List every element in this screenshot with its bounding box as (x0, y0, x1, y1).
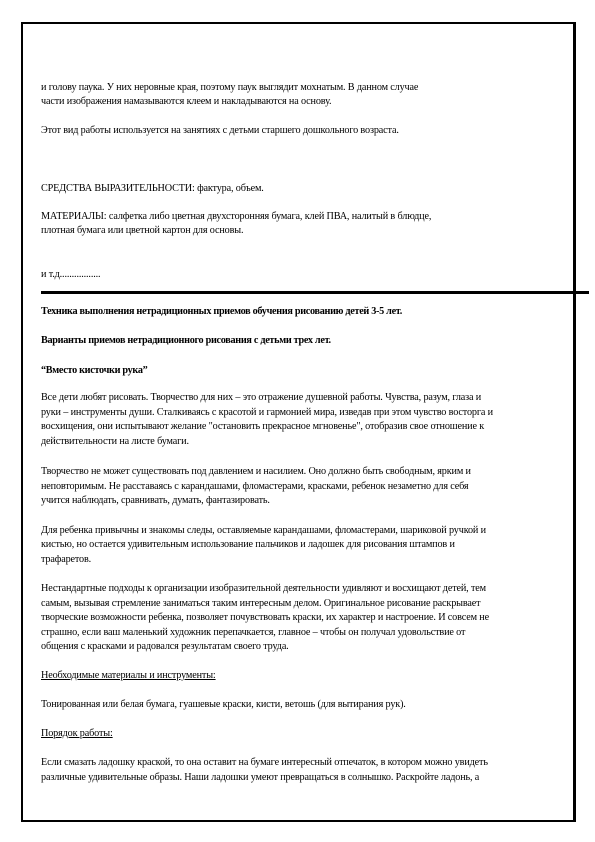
text-line: кистью, но остается удивительным использ… (41, 538, 455, 553)
text-line: и т.д................. (41, 268, 100, 283)
text-line: Этот вид работы используется на занятиях… (41, 124, 399, 139)
materials-heading: Необходимые материалы и инструменты: (41, 669, 216, 684)
text-line: плотная бумага или цветной картон для ос… (41, 224, 243, 239)
text-line: творческие возможности ребенка, позволяе… (41, 611, 489, 626)
heading-technique: Техника выполнения нетрадиционных приемо… (41, 305, 402, 320)
text-line: общения с красками и радовался результат… (41, 640, 289, 655)
text-line: и голову паука. У них неровные края, поэ… (41, 81, 418, 96)
text-line: действительности на листе бумаги. (41, 435, 189, 450)
text-line: части изображения намазываются клеем и н… (41, 95, 331, 110)
text-line: руки – инструменты души. Сталкиваясь с к… (41, 406, 493, 421)
text-line: восхищения, они испытывают желание "оста… (41, 420, 484, 435)
heading-variants: Варианты приемов нетрадиционного рисован… (41, 334, 331, 349)
text-line: трафаретов. (41, 553, 91, 568)
text-line: Если смазать ладошку краской, то она ост… (41, 756, 488, 771)
heading-hand: “Вместо кисточки рука” (41, 364, 147, 379)
text-line: самым, вызывая стремление заниматься так… (41, 597, 480, 612)
materials-text: Тонированная или белая бумага, гуашевые … (41, 698, 406, 713)
text-line: СРЕДСТВА ВЫРАЗИТЕЛЬНОСТИ: фактура, объем… (41, 182, 264, 197)
order-heading: Порядок работы: (41, 727, 113, 742)
text-line: различные удивительные образы. Наши ладо… (41, 771, 479, 786)
text-line: МАТЕРИАЛЫ: салфетка либо цветная двухсто… (41, 210, 431, 225)
text-line: страшно, если ваш маленький художник пер… (41, 626, 465, 641)
text-line: Для ребенка привычны и знакомы следы, ос… (41, 524, 486, 539)
text-line: учится наблюдать, сравнивать, думать, фа… (41, 494, 270, 509)
text-line: неповторимым. Не расставаясь с карандаша… (41, 480, 468, 495)
section-divider (41, 291, 589, 294)
text-line: Все дети любят рисовать. Творчество для … (41, 391, 481, 406)
text-line: Творчество не может существовать под дав… (41, 465, 471, 480)
text-line: Нестандартные подходы к организации изоб… (41, 582, 486, 597)
